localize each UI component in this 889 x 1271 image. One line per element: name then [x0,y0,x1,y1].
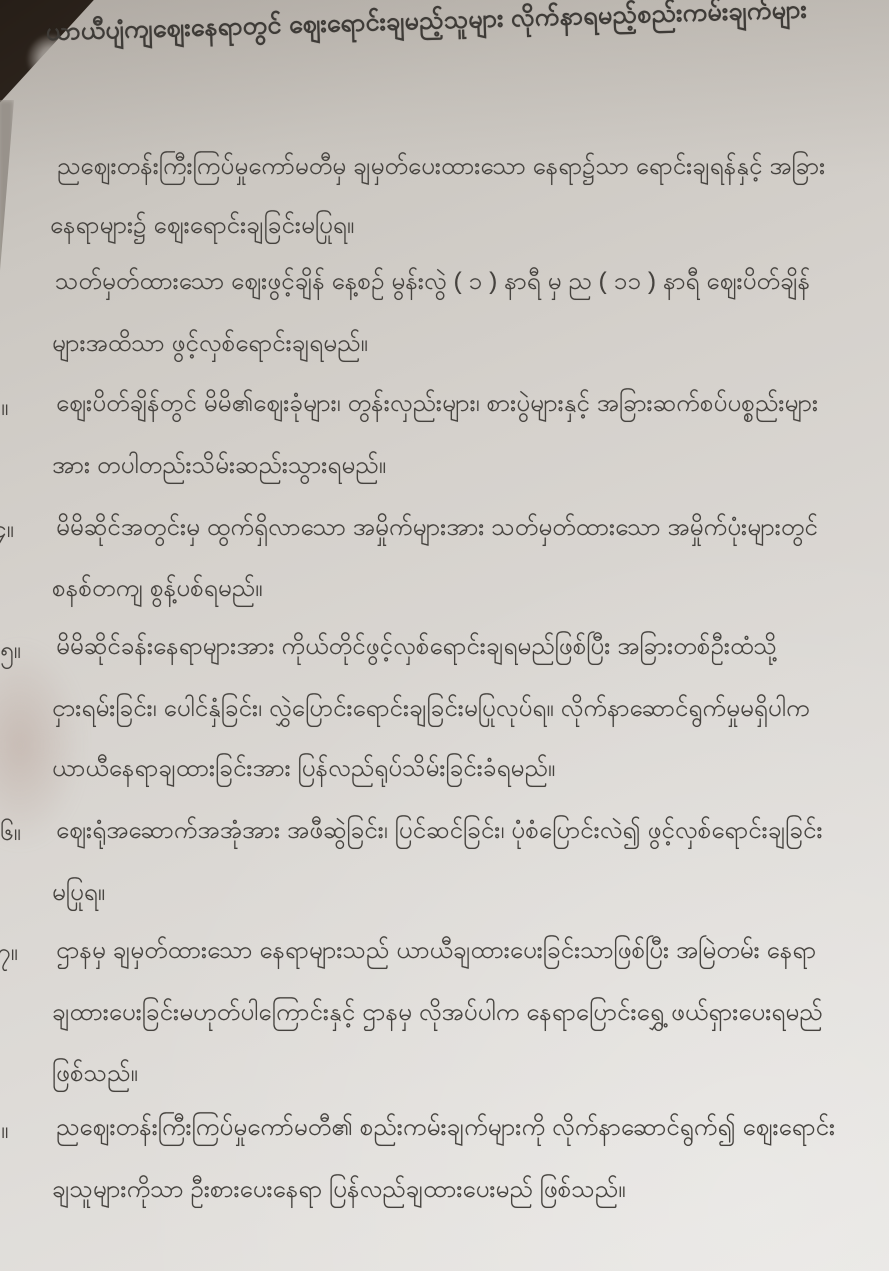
rule-8-number: ။ [1,1114,8,1150]
rule-5-number: ၅။ [0,634,21,670]
rule-6-line-2: မပြုရ။ [52,876,105,912]
photo-frame: ယာယီပျံကျဈေးနေရာတွင် ဈေးရောင်းချမည့်သူမျ… [0,0,889,1271]
rule-6-line-1: ဈေးရုံအဆောက်အအုံအား အဖီဆွဲခြင်း၊ ပြင်ဆင်… [56,814,823,850]
rule-7-line-3: ဖြစ်သည်။ [52,1057,138,1093]
rule-1-line-2: နေရာများ၌ ဈေးရောင်းချခြင်းမပြုရ။ [50,209,354,245]
document-title: ယာယီပျံကျဈေးနေရာတွင် ဈေးရောင်းချမည့်သူမျ… [45,0,807,53]
rule-8-line-2: ချသူများကိုသာ ဦးစားပေးနေရာ ပြန်လည်ချထားပ… [52,1173,626,1209]
rule-2-line-2: များအထိသာ ဖွင့်လှစ်ရောင်းချရမည်။ [52,327,368,363]
rule-3-number: ။ [1,391,8,427]
rule-6-number: ၆။ [0,816,21,852]
rule-2-line-1: သတ်မှတ်ထားသော ဈေးဖွင့်ချိန် နေ့စဉ် မွန်း… [55,265,810,301]
document-page: ယာယီပျံကျဈေးနေရာတွင် ဈေးရောင်းချမည့်သူမျ… [0,0,889,1271]
rule-5-line-1: မိမိဆိုင်ခန်းနေရာများအား ကိုယ်တိုင်ဖွင့်… [56,630,777,666]
rule-1-line-1: ညဈေးတန်းကြီးကြပ်မှုကော်မတီမှ ချမှတ်ပေးထာ… [57,150,825,186]
rule-4-line-2: စနစ်တကျ စွန့်ပစ်ရမည်။ [52,572,263,608]
rule-7-line-1: ဌာနမှ ချမှတ်ထားသော နေရာများသည် ယာယီချထား… [56,934,816,970]
rule-4-line-1: မိမိဆိုင်အတွင်းမှ ထွက်ရှိလာသော အမှိုက်မျ… [56,511,818,547]
rule-7-line-2: ချထားပေးခြင်းမဟုတ်ပါကြောင်းနှင့် ဌာနမှ လ… [52,996,823,1032]
rule-5-line-2: ငှားရမ်းခြင်း၊ ပေါင်နှံခြင်း၊ လွှဲပြောင်… [52,692,810,728]
rule-7-number: ၇။ [0,936,18,972]
page-edge-shadow [0,100,14,295]
rule-8-line-1: ညဈေးတန်းကြီးကြပ်မှုကော်မတီ၏ စည်းကမ်းချက်… [56,1111,835,1147]
rule-3-line-1: ဈေးပိတ်ချိန်တွင် မိမိ၏ဈေးခုံများ၊ တွန်းလ… [56,387,818,423]
rule-5-line-3: ယာယီနေရာချထားခြင်းအား ပြန်လည်ရုပ်သိမ်းခြ… [52,752,555,788]
rule-4-number: ၄။ [0,513,14,549]
rule-3-line-2: အား တပါတည်းသိမ်းဆည်းသွားရမည်။ [52,449,386,485]
